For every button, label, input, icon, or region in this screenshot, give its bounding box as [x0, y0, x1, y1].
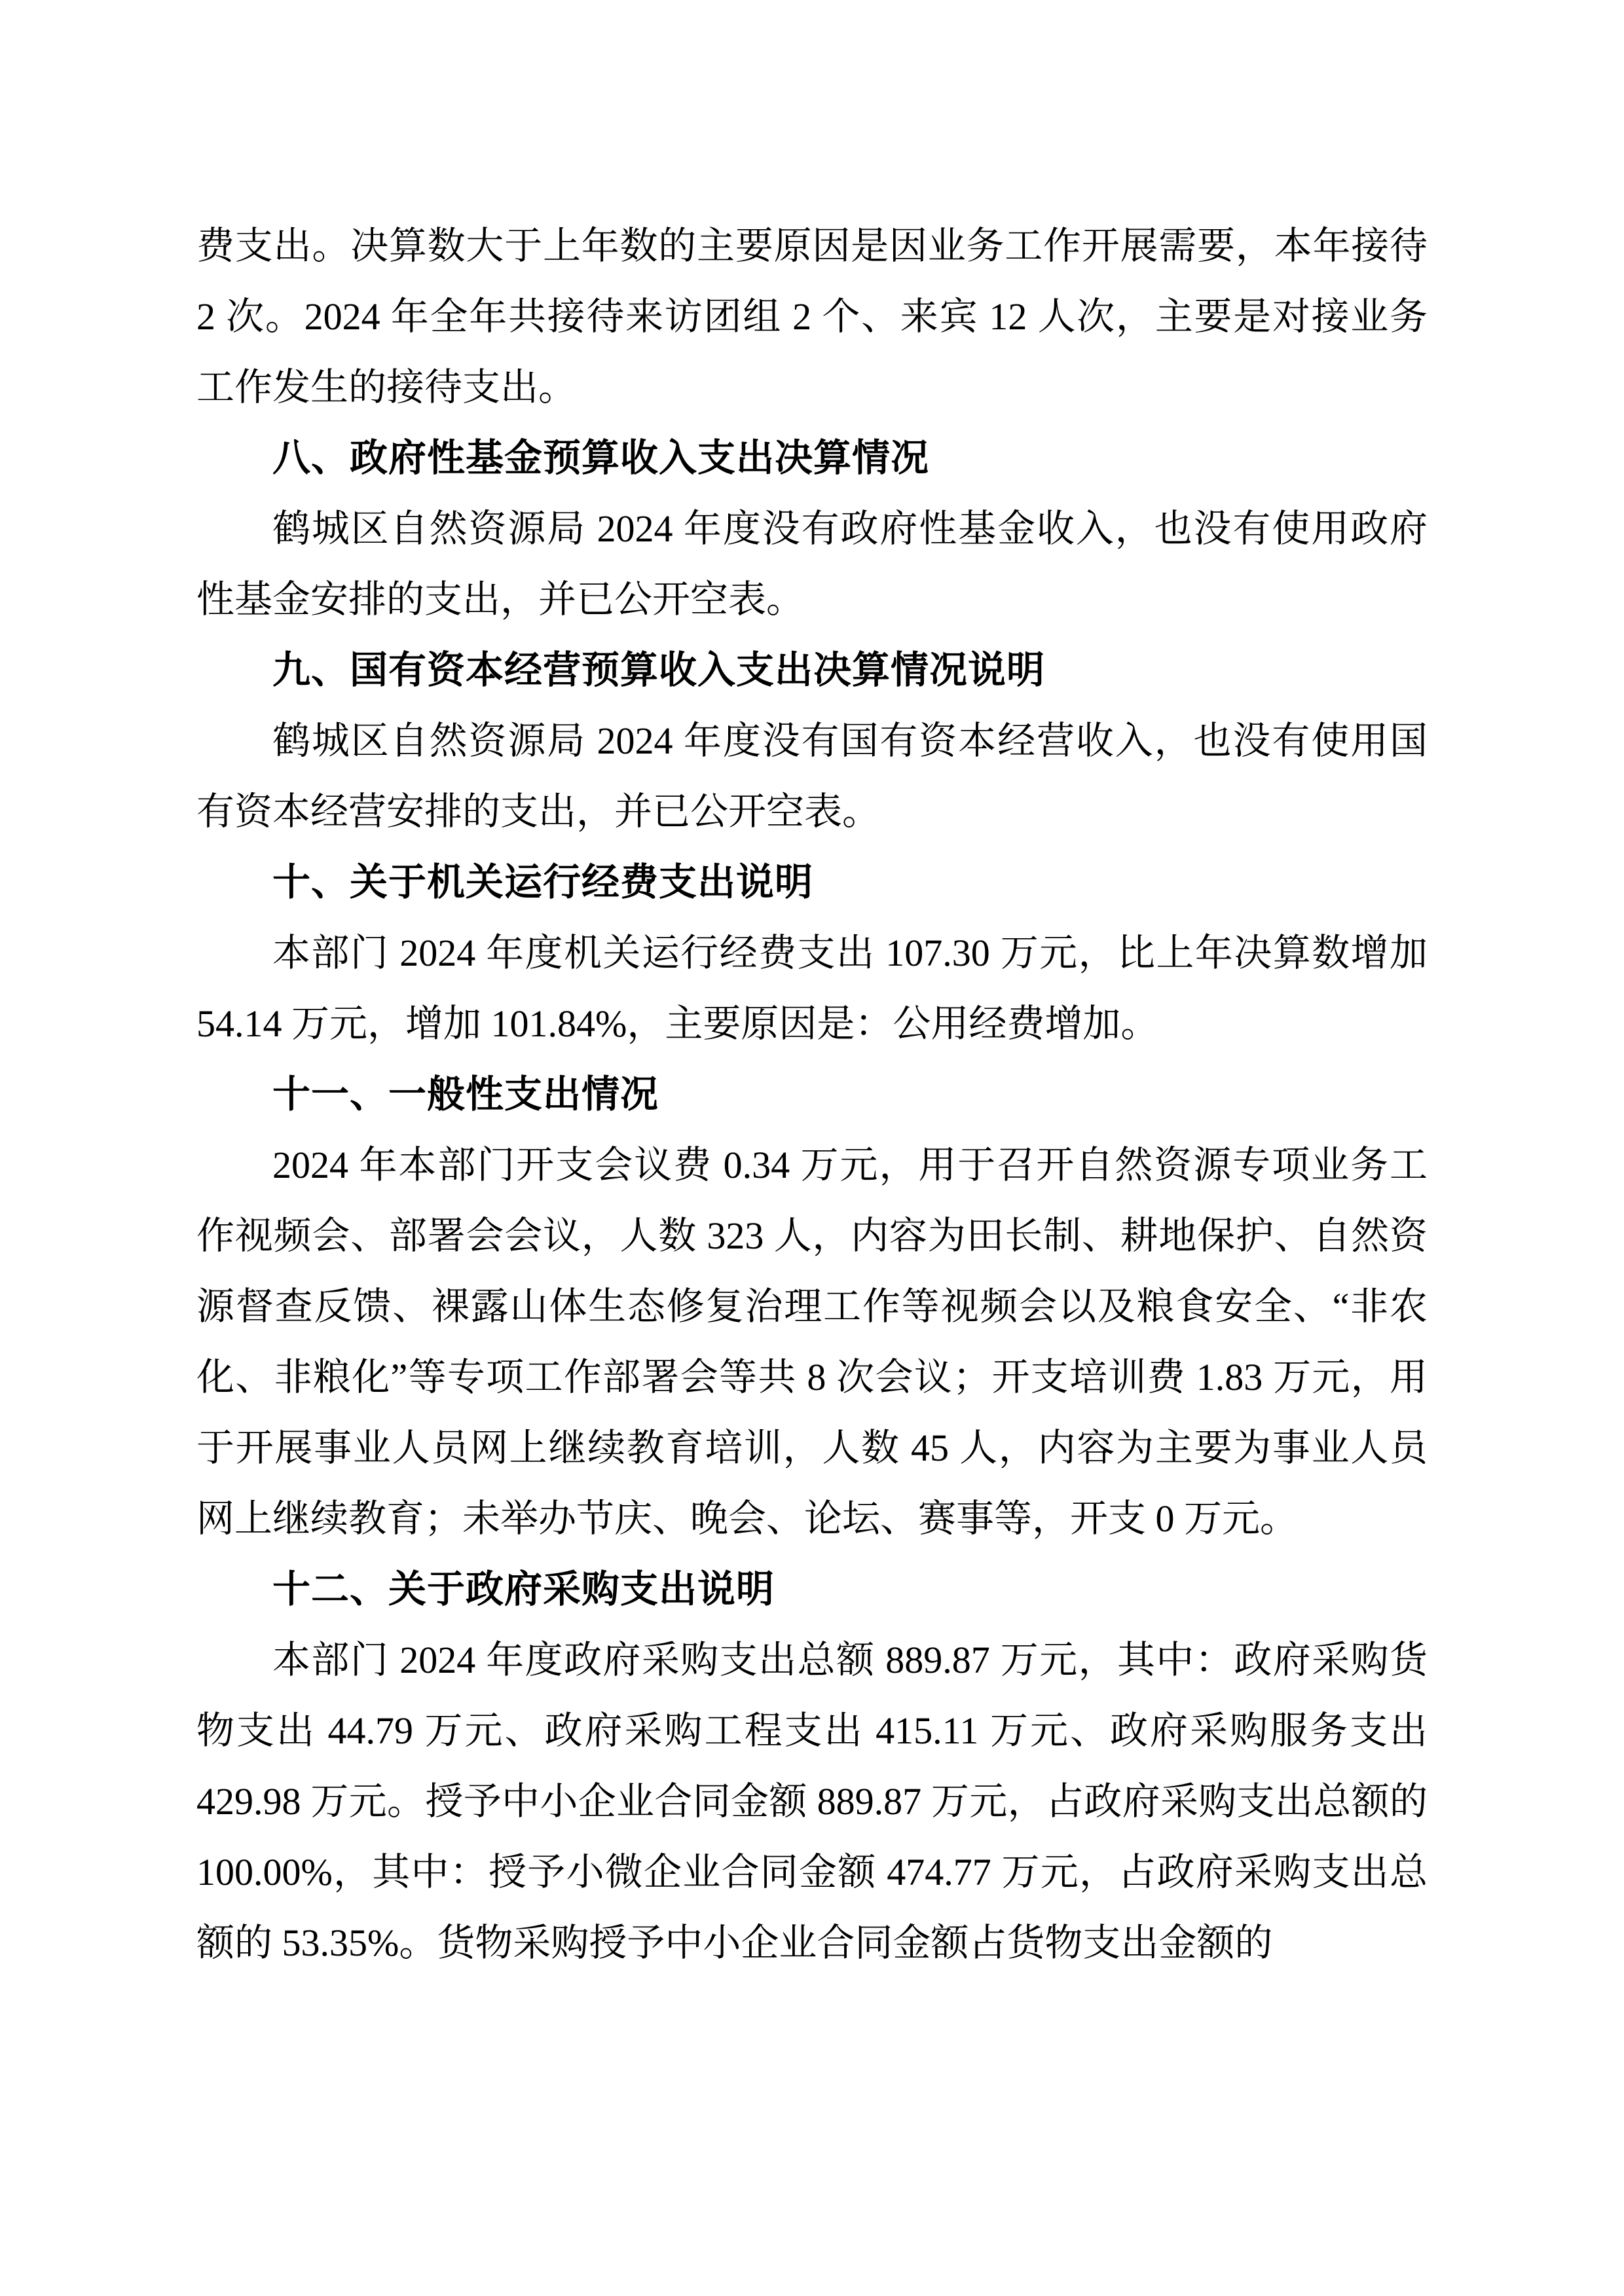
paragraph-government-funds: 鹤城区自然资源局 2024 年度没有政府性基金收入，也没有使用政府性基金安排的支…	[196, 494, 1428, 635]
section-heading-12-government-procurement: 十二、关于政府采购支出说明	[196, 1554, 1428, 1625]
section-heading-9-state-capital: 九、国有资本经营预算收入支出决算情况说明	[196, 635, 1428, 706]
section-heading-10-operating-expenses: 十、关于机关运行经费支出说明	[196, 847, 1428, 918]
paragraph-continuation-official-reception: 费支出。决算数大于上年数的主要原因是因业务工作开展需要，本年接待 2 次。202…	[196, 211, 1428, 423]
paragraph-general-expenditure: 2024 年本部门开支会议费 0.34 万元，用于召开自然资源专项业务工作视频会…	[196, 1130, 1428, 1554]
section-heading-11-general-expenditure: 十一、一般性支出情况	[196, 1059, 1428, 1130]
document-page: 费支出。决算数大于上年数的主要原因是因业务工作开展需要，本年接待 2 次。202…	[0, 0, 1624, 2296]
paragraph-operating-expenses: 本部门 2024 年度机关运行经费支出 107.30 万元，比上年决算数增加 5…	[196, 918, 1428, 1059]
document-body: 费支出。决算数大于上年数的主要原因是因业务工作开展需要，本年接待 2 次。202…	[196, 211, 1428, 1978]
section-heading-8-government-funds: 八、政府性基金预算收入支出决算情况	[196, 423, 1428, 494]
paragraph-government-procurement: 本部门 2024 年度政府采购支出总额 889.87 万元，其中：政府采购货物支…	[196, 1625, 1428, 1978]
paragraph-state-capital: 鹤城区自然资源局 2024 年度没有国有资本经营收入，也没有使用国有资本经营安排…	[196, 706, 1428, 847]
